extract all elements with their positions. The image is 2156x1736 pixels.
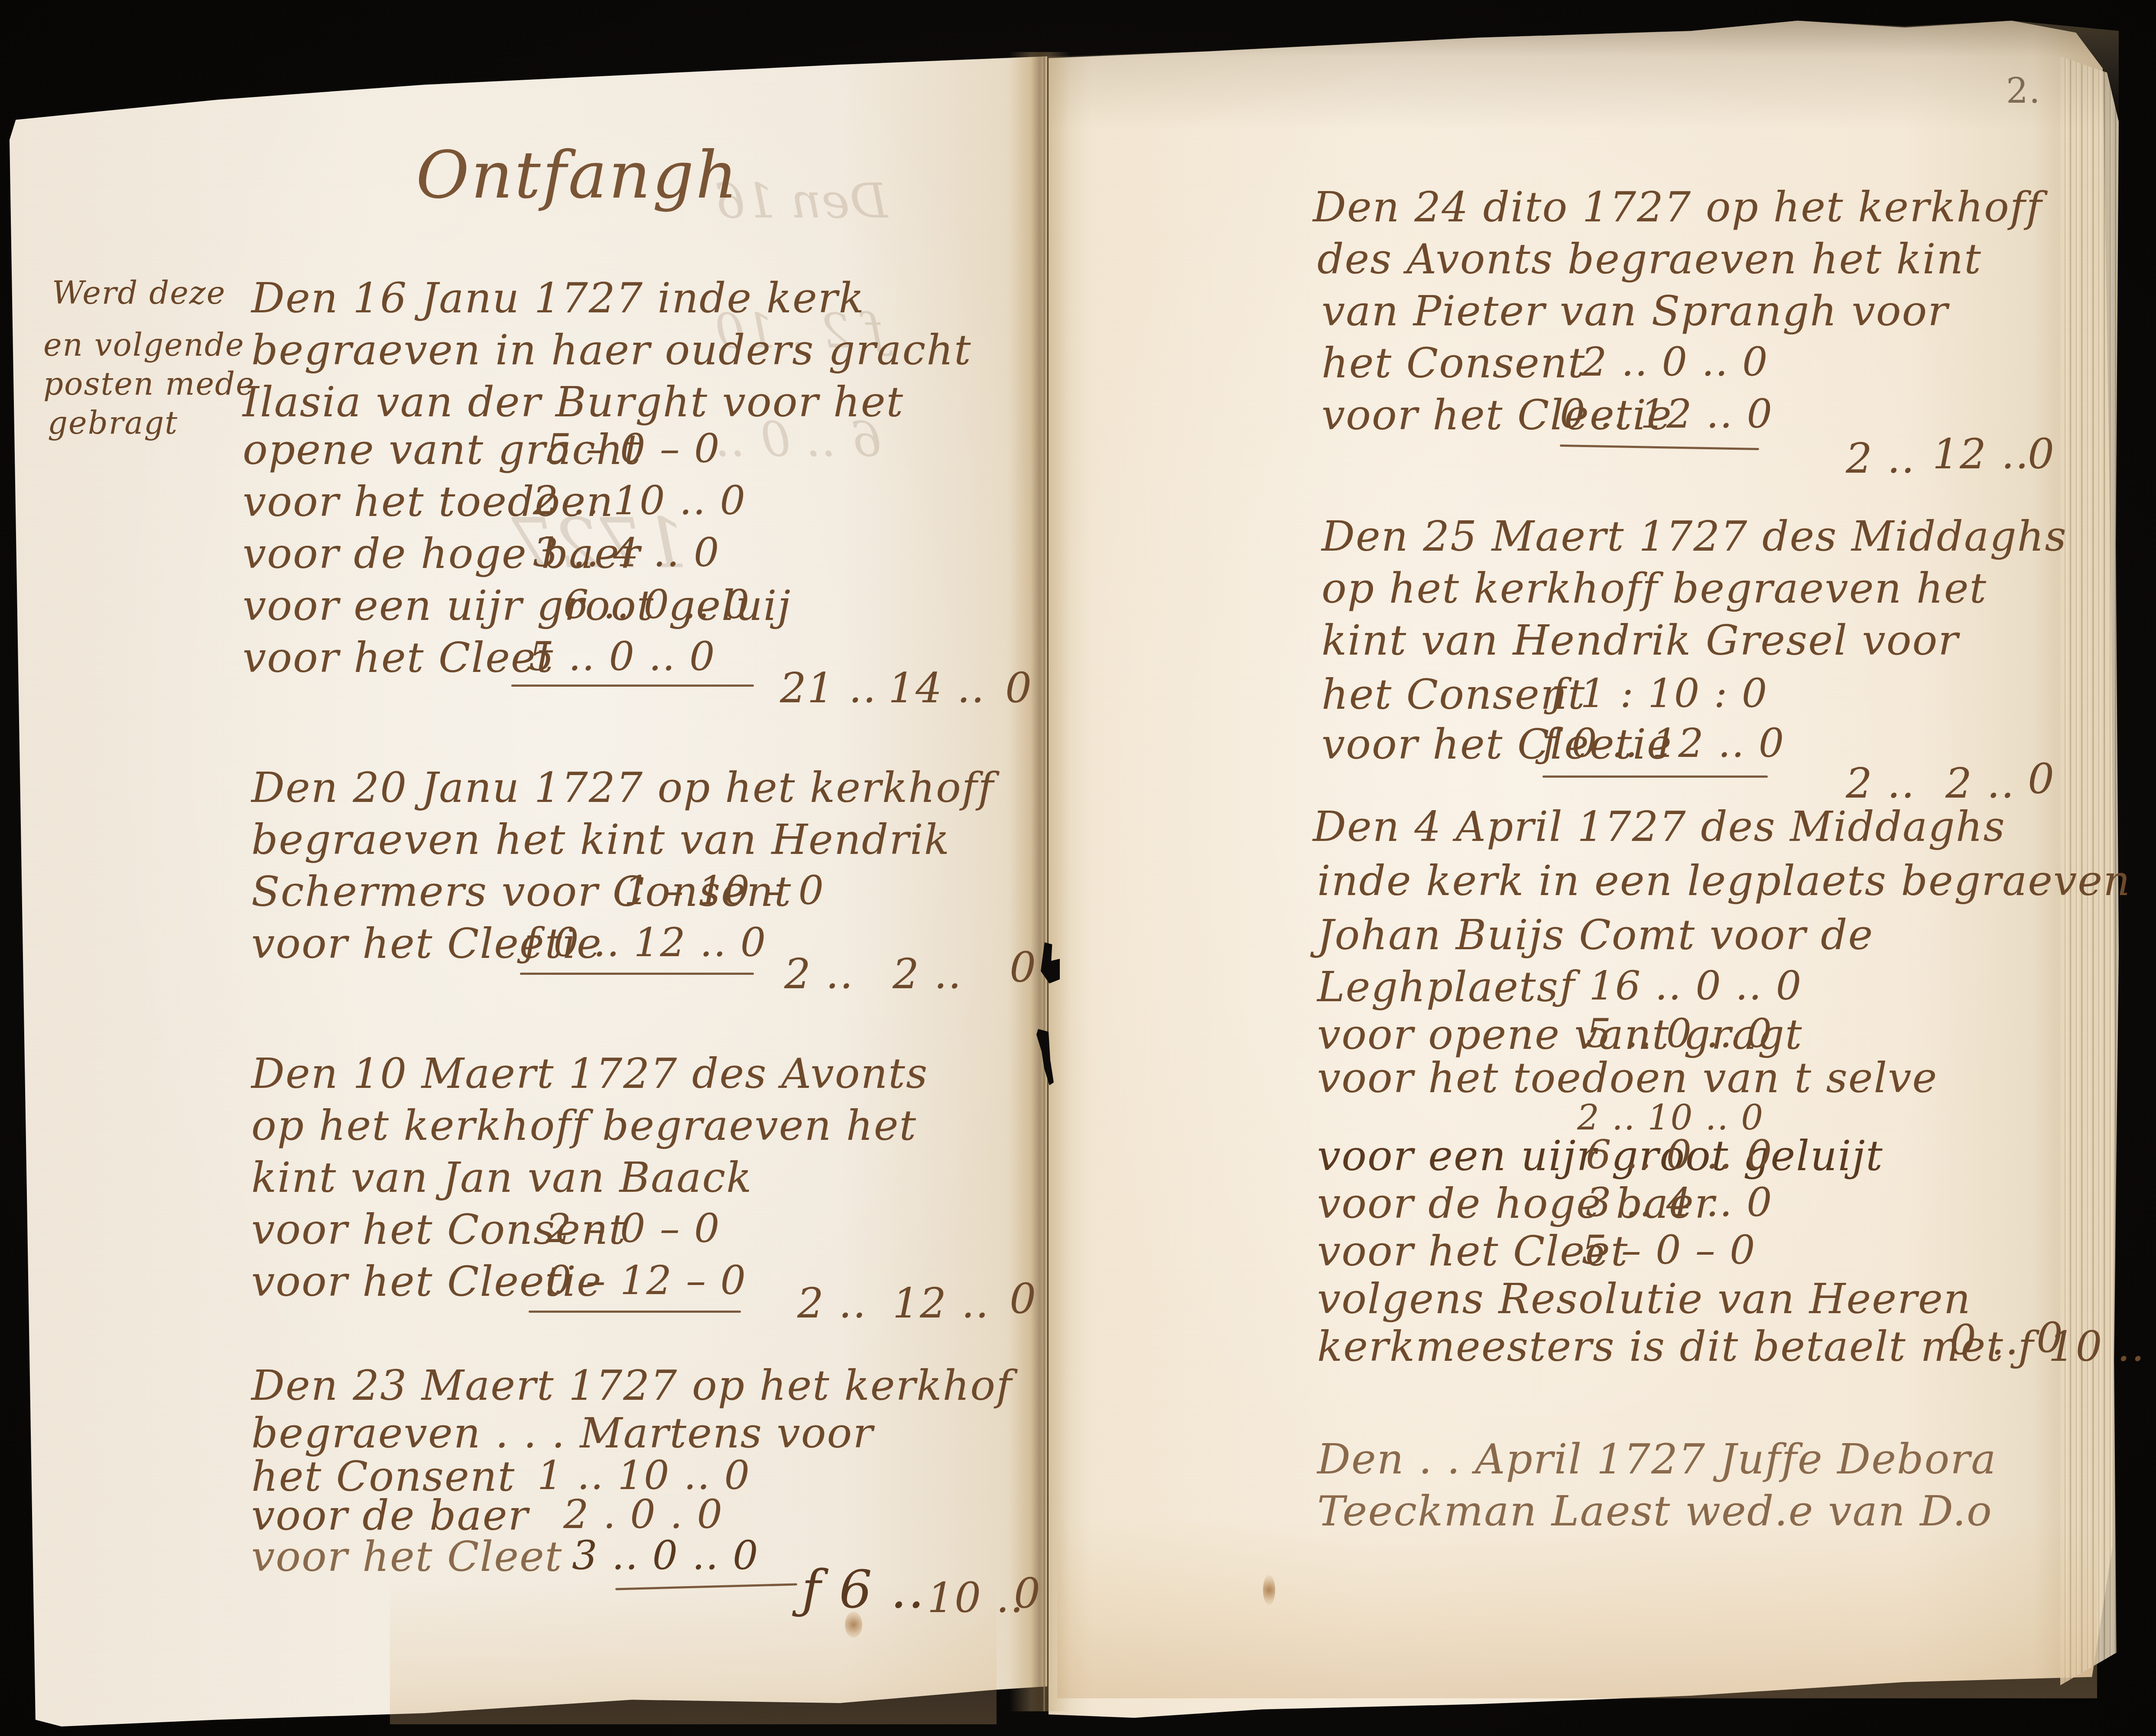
- entry-line: Den 20 Janu 1727 op het kerkhoff: [251, 767, 994, 808]
- item-amount: 2 .. 10 .. 0: [1577, 1100, 1764, 1135]
- sum-rule: [511, 685, 754, 687]
- total-stuivers: 12 ..: [893, 1282, 990, 1324]
- entry-line: inde kerk in een legplaets begraeven: [1317, 860, 2131, 902]
- entry-line: Ilasia van der Burght voor het: [243, 381, 904, 423]
- total-penningen: 0: [2036, 1317, 2064, 1359]
- item-label: het Consent: [1322, 342, 1585, 384]
- total-guilders: 2 ..: [784, 953, 854, 995]
- item-label: Leghplaets: [1317, 966, 1559, 1008]
- total-guilders: 2 ..: [797, 1282, 867, 1324]
- item-amount: 5 – 0 – 0: [1581, 1230, 1756, 1270]
- item-amount: ƒ 0 .. 12 .. 0: [524, 923, 766, 963]
- item-amount: 0 .. 12 .. 0: [1560, 394, 1773, 434]
- item-amount: 0 – 12 – 0: [546, 1261, 747, 1301]
- item-label: voor de baer: [251, 1495, 529, 1536]
- entry-line: van Pieter van Sprangh voor: [1322, 290, 1948, 332]
- item-amount: 1 – 10 – 0: [624, 871, 825, 911]
- entry-line: Johan Buijs Comt voor de: [1317, 914, 1874, 956]
- sum-rule: [1542, 776, 1768, 778]
- total-stuivers: 0 ..: [1950, 1319, 2020, 1361]
- item-amount: 5 .. 0 .. 0: [529, 637, 716, 677]
- margin-note-line: Werd deze: [52, 277, 226, 308]
- item-label: het Consent: [1322, 674, 1585, 715]
- margin-note-line: posten mede: [43, 368, 255, 399]
- item-amount: 6 .. 0 .. 0: [563, 585, 750, 625]
- total-stuivers: 14 ..: [888, 667, 985, 709]
- total-guilders: 2 ..: [1846, 438, 1916, 479]
- total-penningen: 0: [1010, 1278, 1037, 1320]
- entry-line: Den 10 Maert 1727 des Avonts: [251, 1053, 928, 1094]
- total-guilders: 21 ..: [780, 667, 877, 709]
- entry-line: des Avonts begraeven het kint: [1317, 238, 1982, 280]
- total-penningen: 0: [1005, 667, 1033, 709]
- entry-line: Den 25 Maert 1727 des Middaghs: [1322, 516, 2067, 557]
- bleed-through-text: Den 16: [715, 173, 888, 229]
- item-amount: 5 – 0 – 0: [546, 429, 721, 469]
- entry-line: kint van Jan van Baack: [251, 1157, 752, 1198]
- item-amount: ƒ 0 .. 12 .. 0: [1542, 724, 1785, 763]
- total-stuivers: 2 ..: [1945, 763, 2015, 804]
- foxing-spot: [1263, 1575, 1275, 1605]
- item-amount: 2 .. 10 .. 0: [533, 481, 746, 521]
- entry-line: begraeven . . . Martens voor: [251, 1412, 873, 1454]
- page-heading: Ontfangh: [416, 143, 739, 208]
- total-penningen: 0: [1014, 1573, 1041, 1614]
- sum-rule: [529, 1311, 741, 1313]
- gutter-fold-line: [1043, 56, 1045, 1711]
- total-stuivers: 2 ..: [893, 953, 962, 995]
- item-amount: 5 .. 0 .. 0: [1586, 1014, 1773, 1054]
- sum-rule: [520, 973, 754, 975]
- item-amount: 3 .. 0 .. 0: [572, 1536, 759, 1576]
- resolution-note-line: volgens Resolutie van Heeren: [1317, 1278, 1971, 1320]
- entry-line: begraeven in haer ouders gracht: [251, 329, 972, 371]
- item-amount: ƒ 1 : 10 : 0: [1551, 674, 1768, 714]
- entry-line: Den . . April 1727 Juffe Debora: [1317, 1438, 1997, 1480]
- item-amount: 3 .. 4 .. 0: [1586, 1183, 1773, 1223]
- total-stuivers: 10 ..: [927, 1577, 1024, 1619]
- total-penningen: 0: [1010, 947, 1037, 988]
- item-amount: 2 . 0 . 0: [563, 1495, 723, 1535]
- item-amount: 2 – 0 – 0: [546, 1209, 721, 1249]
- entry-line: Den 23 Maert 1727 op het kerkhof: [251, 1365, 1013, 1406]
- resolution-note-line: kerkmeesters is dit betaelt met ƒ 10 ..: [1317, 1326, 2145, 1367]
- total-guilders: ƒ 6 ..: [802, 1564, 925, 1616]
- item-amount: 3 .. 4 .. 0: [533, 533, 720, 573]
- total-guilders: 2 ..: [1846, 763, 1916, 804]
- entry-line: Den 4 April 1727 des Middaghs: [1313, 806, 2006, 847]
- item-label: voor het Cleet: [243, 637, 554, 678]
- item-amount: ƒ 16 .. 0 .. 0: [1560, 966, 1802, 1006]
- entry-line: Den 16 Janu 1727 inde kerk: [251, 277, 865, 319]
- entry-line: begraeven het kint van Hendrik: [251, 819, 950, 860]
- total-penningen: 0: [2028, 758, 2055, 800]
- item-amount: 1 .. 10 .. 0: [537, 1456, 750, 1496]
- margin-note-line: gebragt: [48, 407, 178, 438]
- total-penningen: 0: [2028, 433, 2055, 475]
- entry-line: Teeckman Laest wed.e van D.o: [1317, 1490, 1993, 1532]
- item-label: voor het Cleet: [251, 1536, 562, 1577]
- item-amount: 6 .. 0 .. 0: [1586, 1135, 1773, 1175]
- item-label: voor het toedoen van t selve: [1317, 1057, 1938, 1099]
- total-stuivers: 12 ..: [1932, 433, 2029, 475]
- entry-line: Den 24 dito 1727 op het kerkhoff: [1313, 186, 2042, 228]
- margin-note-line: en volgende: [43, 329, 245, 360]
- page-number: 2.: [2006, 74, 2041, 108]
- entry-line: op het kerkhoff begraeven het: [1322, 568, 1987, 609]
- entry-line: kint van Hendrik Gresel voor: [1322, 620, 1959, 661]
- item-amount: 2 .. 0 .. 0: [1581, 342, 1769, 382]
- entry-line: op het kerkhoff begraeven het: [251, 1105, 917, 1146]
